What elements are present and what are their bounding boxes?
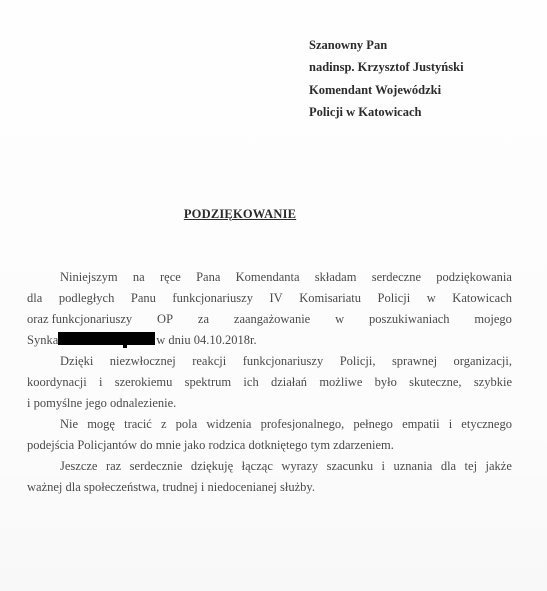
word: spektrum xyxy=(185,374,232,395)
word: uznania xyxy=(393,458,432,479)
paragraph: Dziękiniezwłocznejreakcjifunkcjonariuszy… xyxy=(27,353,512,416)
word: widzenia xyxy=(206,416,251,437)
word: funkcjonariuszy xyxy=(172,290,253,311)
word: sprawnej xyxy=(392,353,437,374)
text-line: i pomyślne jego odnalezienie. xyxy=(27,395,512,416)
word: Komisariatu xyxy=(299,290,361,311)
word: niezwłocznej xyxy=(110,353,176,374)
text-line: podejścia Policjantów do mnie jako rodzi… xyxy=(27,437,512,458)
word: funkcjonariuszy xyxy=(243,353,324,374)
word: i xyxy=(449,416,452,437)
word: skuteczne, xyxy=(409,374,461,395)
word: organizacji, xyxy=(454,353,512,374)
text-line: ważnej dla społeczeństwa, trudnej i nied… xyxy=(27,479,512,500)
letter-title: PODZIĘKOWANIE xyxy=(0,207,480,222)
word: Panu xyxy=(131,290,156,311)
word: w xyxy=(427,290,436,311)
word: składam xyxy=(315,269,357,290)
word: tej xyxy=(465,458,478,479)
word: reakcji xyxy=(192,353,226,374)
word: Jeszcze xyxy=(60,458,97,479)
text-line: Niemogętracićzpolawidzeniaprofesjonalneg… xyxy=(27,416,512,437)
text-line: Jeszczerazserdeczniedziękujęłączącwyrazy… xyxy=(27,458,512,479)
letter-body: NiniejszymnaręcePanaKomendantaskładamser… xyxy=(27,269,512,500)
text-line: Dziękiniezwłocznejreakcjifunkcjonariuszy… xyxy=(27,353,512,374)
text-line: dlapodległychPanufunkcjonariuszyIVKomisa… xyxy=(27,290,512,311)
word: profesjonalnego, xyxy=(261,416,345,437)
word: szerokiemu xyxy=(115,374,173,395)
word: z xyxy=(161,416,167,437)
word: Komendanta xyxy=(236,269,300,290)
word: jakże xyxy=(486,458,512,479)
paragraph: NiniejszymnaręcePanaKomendantaskładamser… xyxy=(27,269,512,353)
word: działań xyxy=(271,374,307,395)
word: Katowicach xyxy=(452,290,512,311)
text-line: NiniejszymnaręcePanaKomendantaskładamser… xyxy=(27,269,512,290)
word: serdeczne xyxy=(372,269,421,290)
word: Policji, xyxy=(340,353,376,374)
word: mojego xyxy=(474,311,512,332)
redaction-bar xyxy=(58,332,155,345)
word: empatii xyxy=(402,416,440,437)
addressee-institution: Policji w Katowicach xyxy=(309,104,464,126)
word: było xyxy=(375,374,397,395)
word: na xyxy=(133,269,145,290)
word: w xyxy=(335,311,344,332)
word: łącząc xyxy=(242,458,273,479)
addressee-position: Komendant Wojewódzki xyxy=(309,82,464,104)
word: dla xyxy=(441,458,456,479)
word: szybkie xyxy=(474,374,512,395)
word: Dzięki xyxy=(60,353,93,374)
word: Synka xyxy=(27,332,58,353)
addressee-salutation: Szanowny Pan xyxy=(309,37,464,59)
word: IV xyxy=(269,290,282,311)
word: i xyxy=(382,458,385,479)
text-line: koordynacjiiszerokiemuspektrumichdziałań… xyxy=(27,374,512,395)
word: ich xyxy=(243,374,258,395)
paragraph: Jeszczerazserdeczniedziękujęłączącwyrazy… xyxy=(27,458,512,500)
word: raz xyxy=(106,458,121,479)
word: pełnego xyxy=(353,416,393,437)
word: Policji xyxy=(378,290,411,311)
word: podziękowania xyxy=(436,269,512,290)
word: mogę xyxy=(87,416,115,437)
word: Nie xyxy=(60,416,78,437)
word: wyrazy xyxy=(281,458,318,479)
word: Pana xyxy=(196,269,220,290)
word: ręce xyxy=(160,269,181,290)
word: dla xyxy=(27,290,42,311)
text-line: Synkaw dniu 04.10.2018r. xyxy=(27,332,512,353)
word: OP xyxy=(157,311,173,332)
word: Niniejszym xyxy=(60,269,118,290)
paragraph: Niemogętracićzpolawidzeniaprofesjonalneg… xyxy=(27,416,512,458)
word: koordynacji xyxy=(27,374,87,395)
word: oraz funkcjonariuszy xyxy=(27,311,132,332)
word: tracić xyxy=(124,416,152,437)
word: pola xyxy=(176,416,198,437)
text-line: oraz funkcjonariuszyOPzazaangażowaniewpo… xyxy=(27,311,512,332)
word: dziękuję xyxy=(191,458,233,479)
word: serdecznie xyxy=(130,458,183,479)
word: poszukiwaniach xyxy=(369,311,450,332)
word: podległych xyxy=(59,290,115,311)
word: za xyxy=(198,311,209,332)
word: możliwe xyxy=(319,374,362,395)
word: i xyxy=(99,374,102,395)
word: etycznego xyxy=(461,416,512,437)
addressee-block: Szanowny Pan nadinsp. Krzysztof Justyńsk… xyxy=(309,37,464,126)
word: zaangażowanie xyxy=(234,311,310,332)
letter-page: Szanowny Pan nadinsp. Krzysztof Justyńsk… xyxy=(0,0,547,591)
word: szacunku xyxy=(327,458,374,479)
word: w dniu 04.10.2018r. xyxy=(156,332,256,353)
addressee-name: nadinsp. Krzysztof Justyński xyxy=(309,59,464,81)
